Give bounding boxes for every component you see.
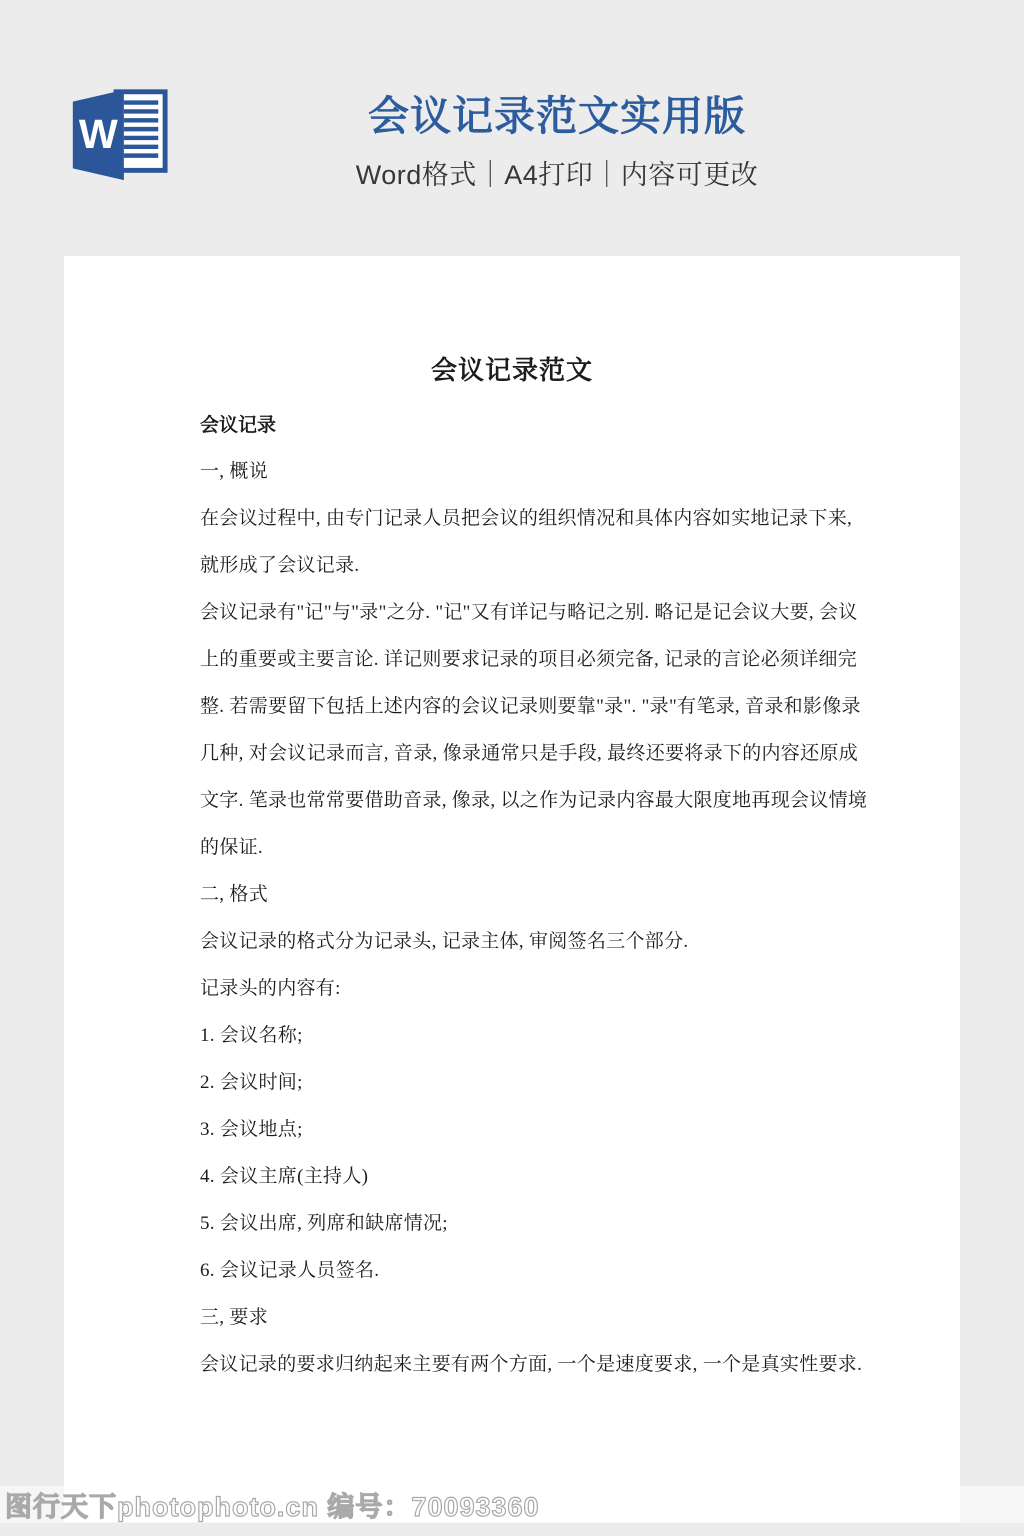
header-text: 会议记录范文实用版 Word格式｜A4打印｜内容可更改 <box>90 92 1024 192</box>
body-line: 上的重要或主要言论. 详记则要求记录的项目必须完备, 记录的言论必须详细完 <box>200 636 850 683</box>
body-line: 一, 概说 <box>200 448 850 495</box>
body-line: 4. 会议主席(主持人) <box>200 1153 850 1200</box>
watermark-bar: 图行天下photophoto.cn 编号：70093360 <box>0 1486 1024 1523</box>
body-line: 会议记录有"记"与"录"之分. "记"又有详记与略记之别. 略记是记会议大要, … <box>200 589 850 636</box>
page-subtitle: Word格式｜A4打印｜内容可更改 <box>90 153 1024 192</box>
watermark-text: 图行天下photophoto.cn 编号：70093360 <box>5 1485 540 1524</box>
body-line: 5. 会议出席, 列席和缺席情况; <box>200 1200 850 1247</box>
body-line: 2. 会议时间; <box>200 1059 850 1106</box>
header: W 会议记录范文实用版 Word格式｜A4打印｜内容可更改 <box>0 0 1024 256</box>
body-line: 记录头的内容有: <box>200 965 850 1012</box>
body-line: 3. 会议地点; <box>200 1106 850 1153</box>
body-line: 的保证. <box>200 824 850 871</box>
body-line: 几种, 对会议记录而言, 音录, 像录通常只是手段, 最终还要将录下的内容还原成 <box>200 730 850 777</box>
body-line: 6. 会议记录人员签名. <box>200 1247 850 1294</box>
document-body: 一, 概说在会议过程中, 由专门记录人员把会议的组织情况和具体内容如实地记录下来… <box>200 448 850 1388</box>
body-line: 会议记录的要求归纳起来主要有两个方面, 一个是速度要求, 一个是真实性要求. <box>200 1341 850 1388</box>
page-title: 会议记录范文实用版 <box>90 92 1024 140</box>
body-line: 1. 会议名称; <box>200 1012 850 1059</box>
body-line: 三, 要求 <box>200 1294 850 1341</box>
body-line: 二, 格式 <box>200 871 850 918</box>
document-heading: 会议记录 <box>200 412 960 440</box>
document-title: 会议记录范文 <box>64 256 960 388</box>
body-line: 在会议过程中, 由专门记录人员把会议的组织情况和具体内容如实地记录下来, <box>200 495 850 542</box>
body-line: 会议记录的格式分为记录头, 记录主体, 审阅签名三个部分. <box>200 918 850 965</box>
body-line: 文字. 笔录也常常要借助音录, 像录, 以之作为记录内容最大限度地再现会议情境 <box>200 777 850 824</box>
document-page: 会议记录范文 会议记录 一, 概说在会议过程中, 由专门记录人员把会议的组织情况… <box>64 256 960 1522</box>
body-line: 整. 若需要留下包括上述内容的会议记录则要靠"录". "录"有笔录, 音录和影像… <box>200 683 850 730</box>
body-line: 就形成了会议记录. <box>200 542 850 589</box>
